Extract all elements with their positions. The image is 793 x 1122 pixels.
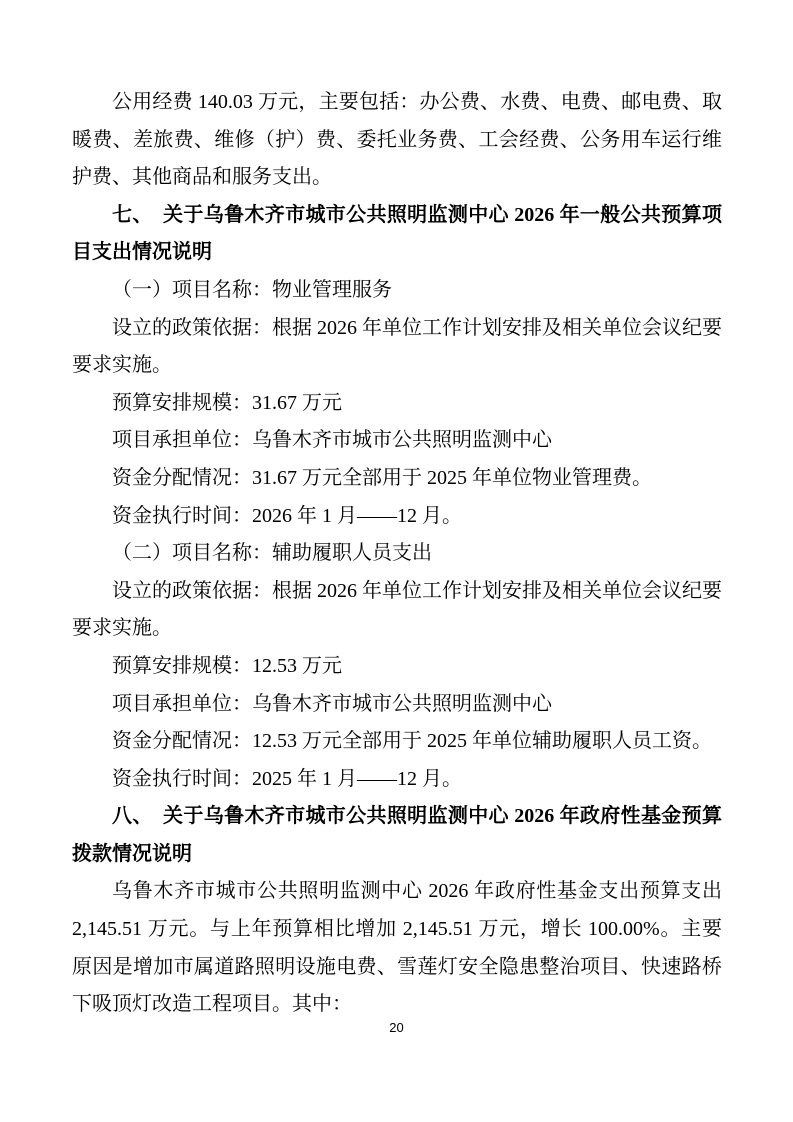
paragraph-public-funds: 公用经费 140.03 万元，主要包括：办公费、水费、电费、邮电费、取暖费、差旅…: [72, 84, 722, 197]
paragraph-project1-budget: 预算安排规模：31.67 万元: [72, 385, 722, 423]
paragraph-project1-period: 资金执行时间：2026 年 1 月——12 月。: [72, 498, 722, 536]
heading-section-7: 七、 关于乌鲁木齐市城市公共照明监测中心 2026 年一般公共预算项目支出情况说…: [72, 197, 722, 272]
paragraph-project2-unit: 项目承担单位：乌鲁木齐市城市公共照明监测中心: [72, 686, 722, 724]
paragraph-project2-name: （二）项目名称：辅助履职人员支出: [72, 535, 722, 573]
paragraph-project1-unit: 项目承担单位：乌鲁木齐市城市公共照明监测中心: [72, 422, 722, 460]
heading-section-8: 八、 关于乌鲁木齐市城市公共照明监测中心 2026 年政府性基金预算拨款情况说明: [72, 798, 722, 873]
document-body: 公用经费 140.03 万元，主要包括：办公费、水费、电费、邮电费、取暖费、差旅…: [72, 84, 722, 1024]
paragraph-project1-name: （一）项目名称：物业管理服务: [72, 272, 722, 310]
document-page: 公用经费 140.03 万元，主要包括：办公费、水费、电费、邮电费、取暖费、差旅…: [0, 0, 793, 1122]
paragraph-project1-allocation: 资金分配情况：31.67 万元全部用于 2025 年单位物业管理费。: [72, 460, 722, 498]
paragraph-project2-budget: 预算安排规模：12.53 万元: [72, 648, 722, 686]
paragraph-project2-period: 资金执行时间：2025 年 1 月——12 月。: [72, 761, 722, 799]
paragraph-project2-allocation: 资金分配情况：12.53 万元全部用于 2025 年单位辅助履职人员工资。: [72, 723, 722, 761]
paragraph-project1-policy: 设立的政策依据：根据 2026 年单位工作计划安排及相关单位会议纪要要求实施。: [72, 310, 722, 385]
paragraph-govt-fund-summary: 乌鲁木齐市城市公共照明监测中心 2026 年政府性基金支出预算支出 2,145.…: [72, 873, 722, 1023]
paragraph-project2-policy: 设立的政策依据：根据 2026 年单位工作计划安排及相关单位会议纪要要求实施。: [72, 573, 722, 648]
page-number: 20: [0, 1020, 793, 1035]
